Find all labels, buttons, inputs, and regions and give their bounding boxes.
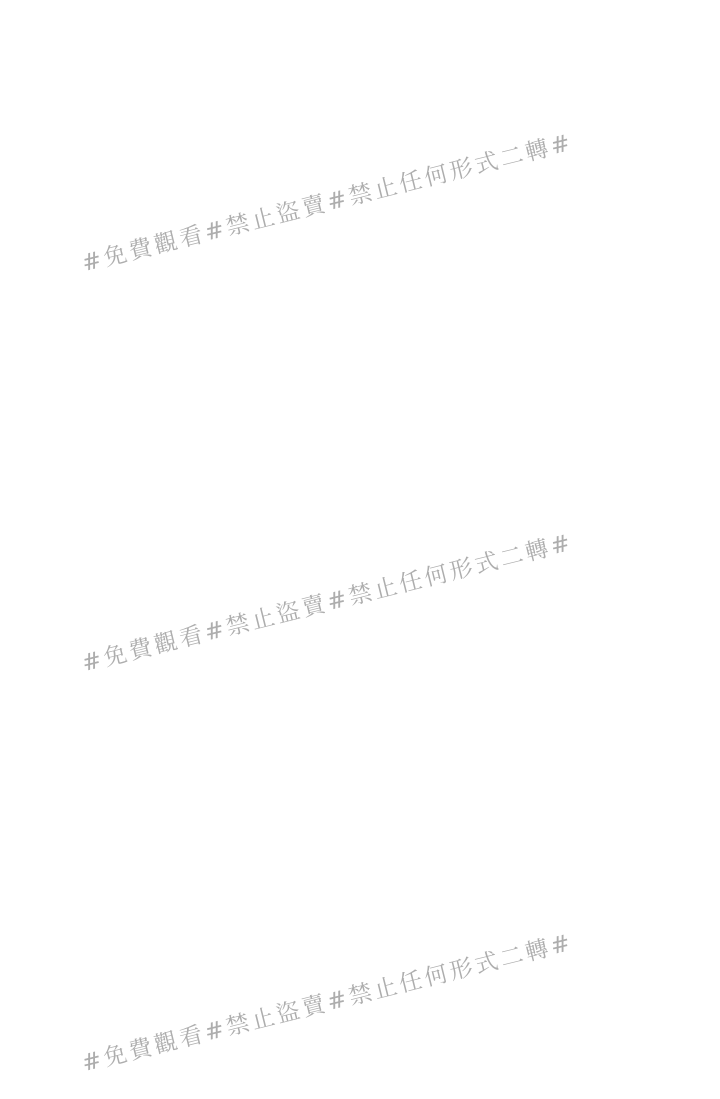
watermark-text: #免費觀看#禁止盜賣#禁止任何形式二轉# (78, 511, 629, 678)
watermark-text: #免費觀看#禁止盜賣#禁止任何形式二轉# (78, 911, 629, 1078)
blank-page: #免費觀看#禁止盜賣#禁止任何形式二轉# #免費觀看#禁止盜賣#禁止任何形式二轉… (0, 0, 720, 1099)
watermark-text: #免費觀看#禁止盜賣#禁止任何形式二轉# (78, 111, 629, 278)
